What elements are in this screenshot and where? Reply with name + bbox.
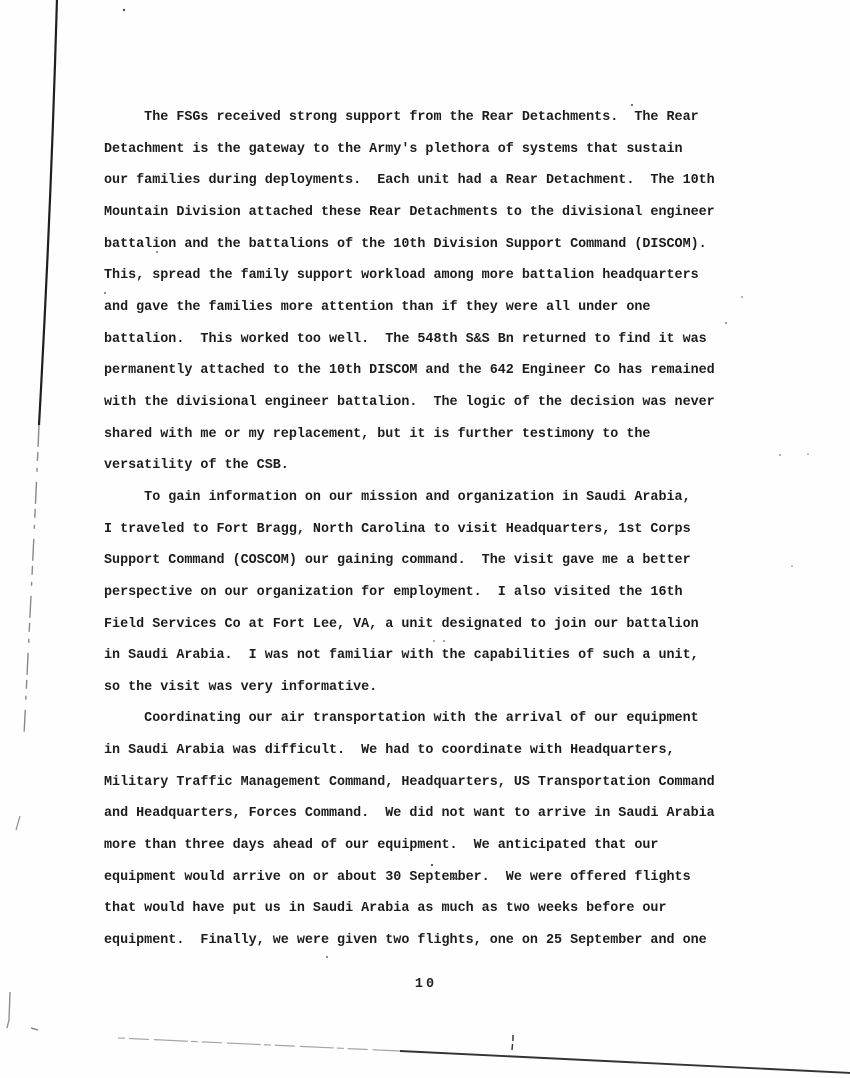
text-line: equipment would arrive on or about 30 Se… bbox=[104, 862, 748, 894]
text-line: Detachment is the gateway to the Army's … bbox=[104, 134, 748, 166]
crease-line-light bbox=[118, 1038, 400, 1051]
text-line: and Headquarters, Forces Command. We did… bbox=[104, 798, 748, 830]
text-line: Military Traffic Management Command, Hea… bbox=[104, 767, 748, 799]
text-line: To gain information on our mission and o… bbox=[104, 482, 748, 514]
text-line: versatility of the CSB. bbox=[104, 450, 748, 482]
text-line: in Saudi Arabia was difficult. We had to… bbox=[104, 735, 748, 767]
text-line: permanently attached to the 10th DISCOM … bbox=[104, 355, 748, 387]
text-line: that would have put us in Saudi Arabia a… bbox=[104, 893, 748, 925]
text-line: in Saudi Arabia. I was not familiar with… bbox=[104, 640, 748, 672]
text-line: more than three days ahead of our equipm… bbox=[104, 830, 748, 862]
text-line: and gave the families more attention tha… bbox=[104, 292, 748, 324]
text-line: Mountain Division attached these Rear De… bbox=[104, 197, 748, 229]
text-line: perspective on our organization for empl… bbox=[104, 577, 748, 609]
text-line: Support Command (COSCOM) our gaining com… bbox=[104, 545, 748, 577]
text-line: Field Services Co at Fort Lee, VA, a uni… bbox=[104, 609, 748, 641]
corner-dash-mark bbox=[31, 1028, 38, 1030]
text-line: The FSGs received strong support from th… bbox=[104, 102, 748, 134]
edge-slash-mark bbox=[16, 816, 20, 830]
text-line: This, spread the family support workload… bbox=[104, 260, 748, 292]
text-line: shared with me or my replacement, but it… bbox=[104, 419, 748, 451]
page-edge-line bbox=[39, 0, 57, 425]
text-line: Coordinating our air transportation with… bbox=[104, 703, 748, 735]
text-line: so the visit was very informative. bbox=[104, 672, 748, 704]
text-line: battalion. This worked too well. The 548… bbox=[104, 324, 748, 356]
page-edge-line-faded bbox=[24, 425, 39, 735]
text-line: I traveled to Fort Bragg, North Carolina… bbox=[104, 514, 748, 546]
document-body-text: The FSGs received strong support from th… bbox=[104, 102, 748, 957]
page-number: 10 bbox=[104, 976, 748, 993]
text-line: our families during deployments. Each un… bbox=[104, 165, 748, 197]
crease-line-dark bbox=[400, 1051, 850, 1073]
corner-bracket-mark bbox=[7, 992, 10, 1028]
tick-mark bbox=[512, 1035, 513, 1050]
text-line: battalion and the battalions of the 10th… bbox=[104, 229, 748, 261]
text-line: equipment. Finally, we were given two fl… bbox=[104, 925, 748, 957]
text-line: with the divisional engineer battalion. … bbox=[104, 387, 748, 419]
scanned-document-page: The FSGs received strong support from th… bbox=[0, 0, 850, 1078]
